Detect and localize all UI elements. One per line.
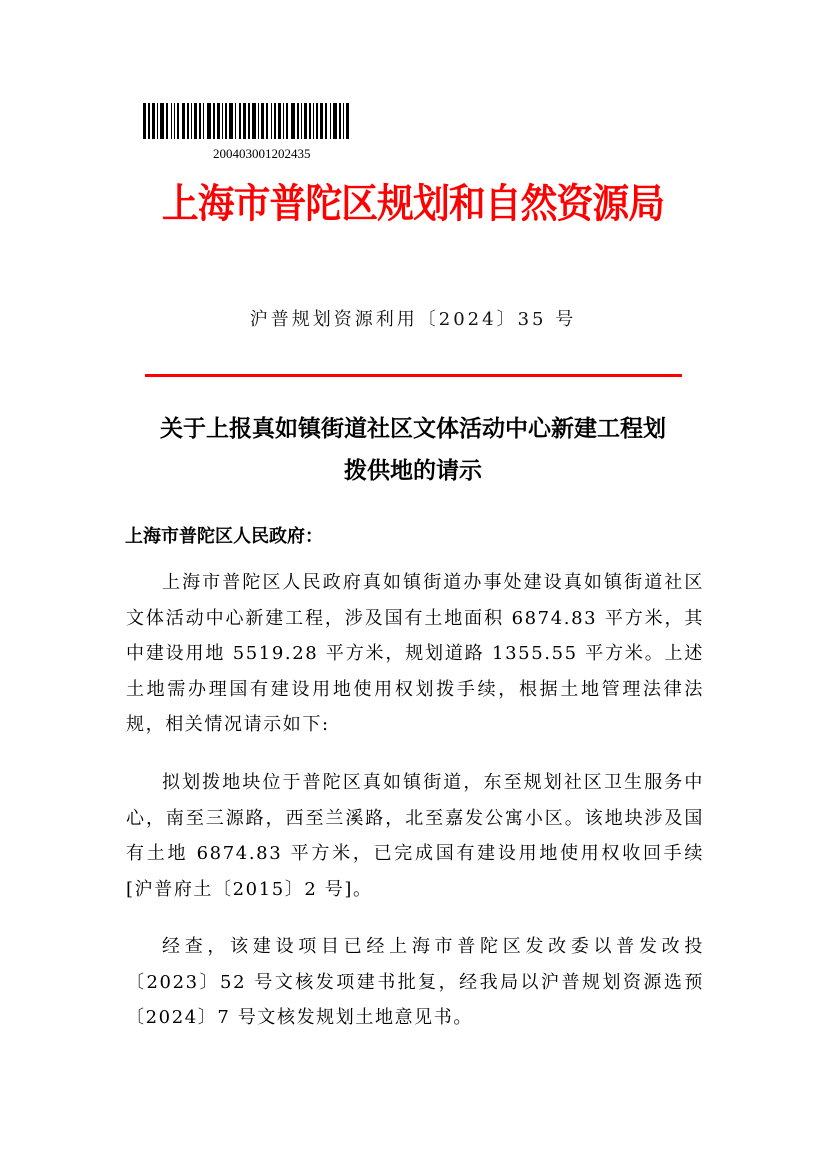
barcode: [143, 103, 349, 139]
addressee: 上海市普陀区人民政府：: [125, 522, 323, 548]
barcode-number: 200403001202435: [213, 146, 311, 162]
body-paragraph-3: 经查，该建设项目已经上海市普陀区发改委以普发改投〔2023〕52 号文核发项建书…: [126, 929, 704, 1036]
heading-line-1: 关于上报真如镇街道社区文体活动中心新建工程划: [120, 408, 706, 450]
body-paragraph-2: 拟划拨地块位于普陀区真如镇街道，东至规划社区卫生服务中心，南至三源路，西至兰溪路…: [126, 765, 704, 907]
heading-line-2: 拨供地的请示: [120, 450, 706, 492]
document-number: 沪普规划资源利用〔2024〕35 号: [0, 305, 826, 331]
document-heading: 关于上报真如镇街道社区文体活动中心新建工程划 拨供地的请示: [120, 408, 706, 492]
red-divider-line: [145, 374, 682, 377]
body-paragraph-1: 上海市普陀区人民政府真如镇街道办事处建设真如镇街道社区文体活动中心新建工程，涉及…: [126, 565, 704, 743]
issuing-organization-title: 上海市普陀区规划和自然资源局: [33, 172, 793, 229]
